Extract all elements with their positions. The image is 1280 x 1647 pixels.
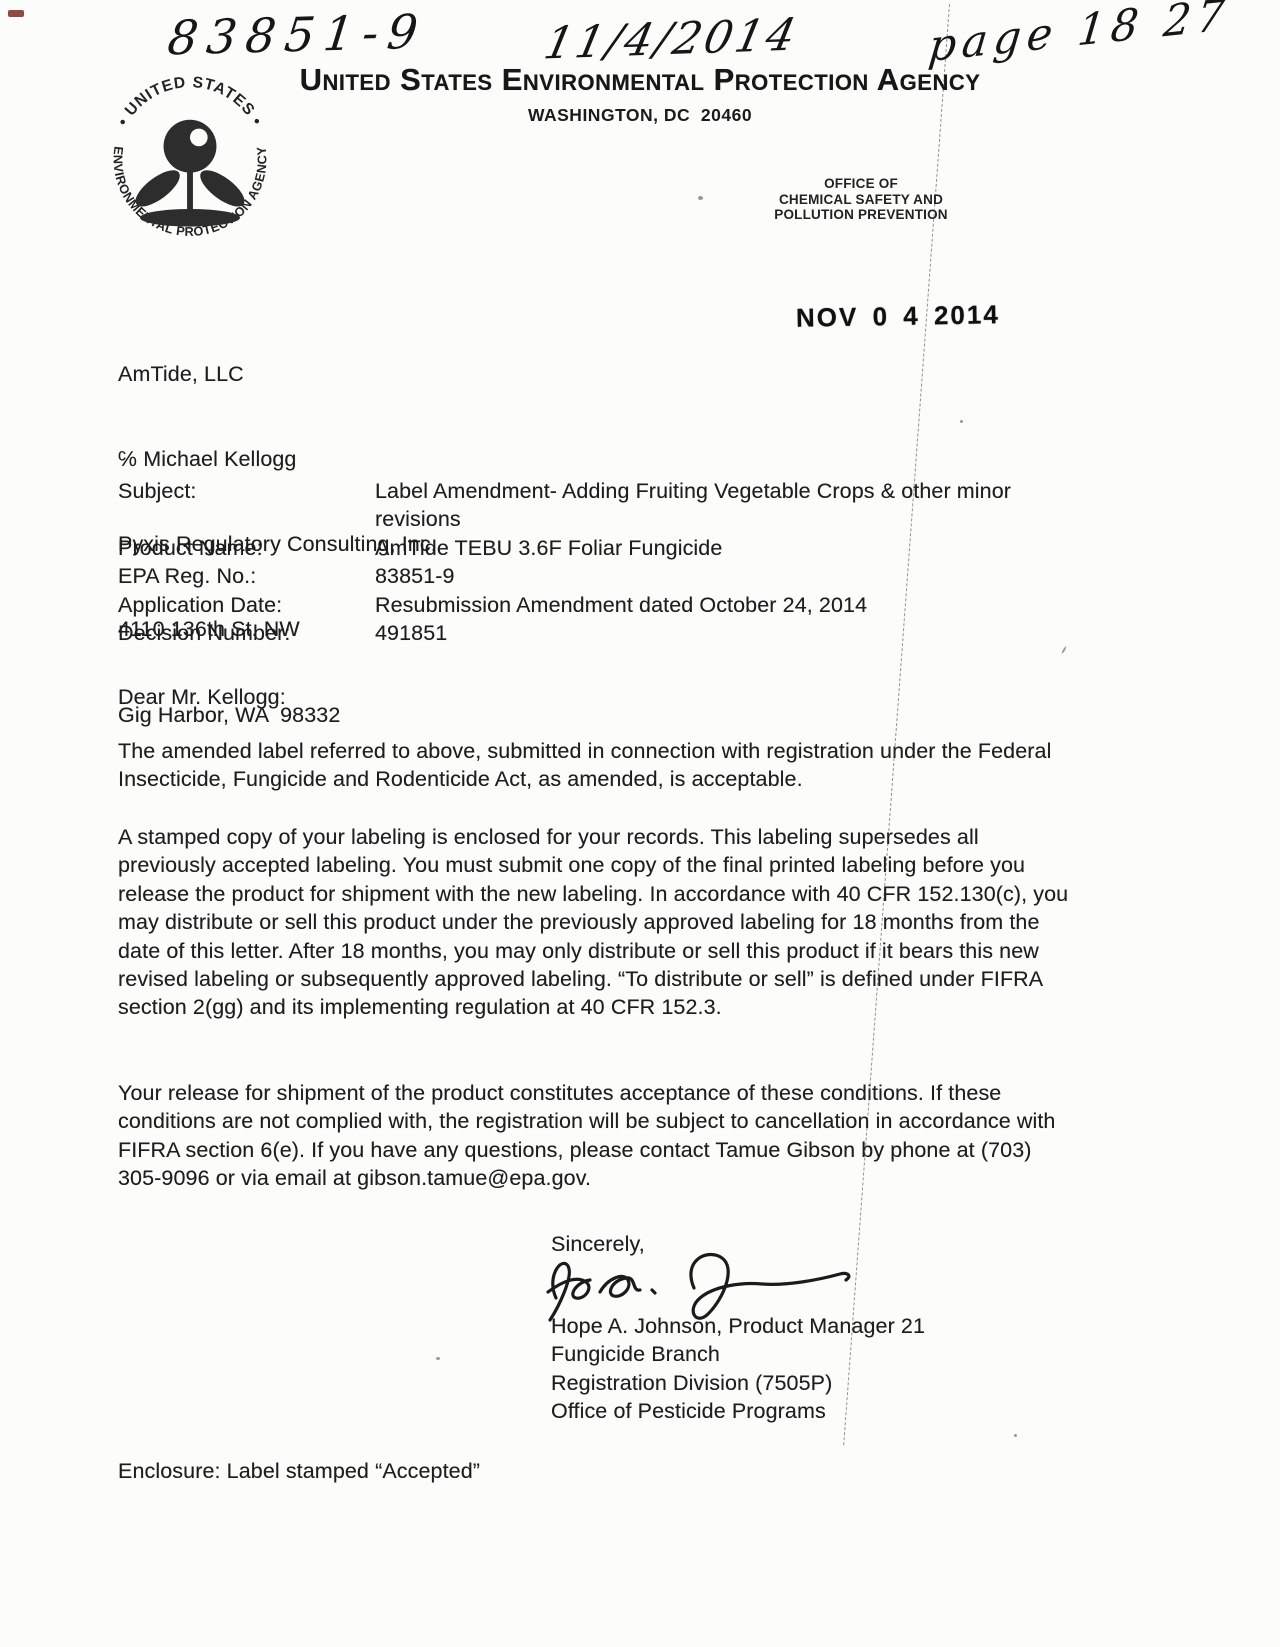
scan-speck bbox=[960, 420, 963, 423]
scan-speck bbox=[8, 10, 24, 17]
epa-seal-logo: • UNITED STATES • ENVIRONMENTAL PROTECTI… bbox=[92, 60, 288, 256]
agency-address: WASHINGTON, DC 20460 bbox=[268, 105, 1012, 126]
office-line: CHEMICAL SAFETY AND bbox=[772, 192, 950, 208]
body-paragraph: The amended label referred to above, sub… bbox=[118, 737, 1070, 794]
scan-speck bbox=[436, 1357, 440, 1360]
signer-org-line: Fungicide Branch bbox=[551, 1340, 925, 1368]
subject-value: 491851 bbox=[375, 619, 1030, 647]
subject-value: Label Amendment- Adding Fruiting Vegetab… bbox=[375, 477, 1030, 534]
subject-label: Application Date: bbox=[118, 591, 375, 619]
scan-speck bbox=[1061, 646, 1067, 654]
office-block: OFFICE OF CHEMICAL SAFETY AND POLLUTION … bbox=[772, 176, 950, 223]
subject-value: Resubmission Amendment dated October 24,… bbox=[375, 591, 1030, 619]
signer-org-line: Office of Pesticide Programs bbox=[551, 1397, 925, 1425]
salutation: Dear Mr. Kellogg: bbox=[118, 683, 286, 711]
body-paragraph: Your release for shipment of the product… bbox=[118, 1079, 1070, 1193]
subject-label: EPA Reg. No.: bbox=[118, 562, 375, 590]
subject-value: AmTide TEBU 3.6F Foliar Fungicide bbox=[375, 534, 1030, 562]
handwritten-reg-number: 83851-9 bbox=[165, 5, 430, 67]
subject-label: Subject: bbox=[118, 477, 375, 534]
handwritten-date: 11/4/2014 bbox=[540, 9, 803, 69]
scan-speck bbox=[698, 196, 703, 200]
agency-title: United States Environmental Protection A… bbox=[268, 62, 1012, 98]
subject-block: Subject: Label Amendment- Adding Fruitin… bbox=[118, 477, 1030, 647]
enclosure-note: Enclosure: Label stamped “Accepted” bbox=[118, 1457, 480, 1485]
signer-name-title: Hope A. Johnson, Product Manager 21 bbox=[551, 1312, 925, 1340]
recipient-line: ℅ Michael Kellogg bbox=[118, 445, 437, 473]
office-line: OFFICE OF bbox=[772, 176, 950, 192]
received-date-stamp: NOV 0 4 2014 bbox=[796, 299, 1000, 334]
subject-label: Decision Number: bbox=[118, 619, 375, 647]
subject-label: Product Name: bbox=[118, 534, 375, 562]
scanned-letter-page: 83851-9 11/4/2014 page 18 27 • UNITED ST… bbox=[0, 0, 1280, 1647]
subject-value: 83851-9 bbox=[375, 562, 1030, 590]
recipient-line: AmTide, LLC bbox=[118, 360, 437, 388]
signer-block: Hope A. Johnson, Product Manager 21 Fung… bbox=[551, 1312, 925, 1426]
office-line: POLLUTION PREVENTION bbox=[772, 207, 950, 223]
signer-org-line: Registration Division (7505P) bbox=[551, 1369, 925, 1397]
scan-speck bbox=[1014, 1434, 1017, 1437]
body-paragraph: A stamped copy of your labeling is enclo… bbox=[118, 823, 1070, 1022]
